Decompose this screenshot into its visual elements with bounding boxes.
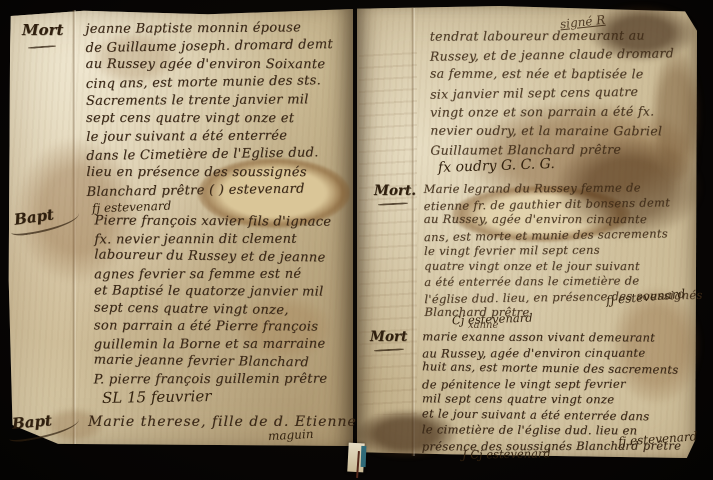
register-scan: Mort jeanne Baptiste monnin épousede Gui… — [0, 0, 713, 480]
manuscript-line: et le jour suivant a été enterrée dans — [422, 406, 682, 425]
manuscript-line: sa femme, est née et baptisée le — [430, 64, 674, 84]
manuscript-line: quatre vingt onze et le jour suivant — [424, 258, 702, 274]
manuscript-line: de pénitence le vingt sept fevrier — [422, 376, 682, 392]
date-note: SL 15 feuvrier — [102, 387, 212, 407]
bookmark-ribbon — [361, 446, 367, 467]
manuscript-line: au Russey, agée d'environ cinquante — [424, 212, 702, 228]
ink-showthrough — [359, 45, 417, 415]
manuscript-line: laboureur du Russey et de jeanne — [94, 246, 331, 267]
manuscript-line: Sacrements le trente janvier mil — [86, 91, 334, 111]
left-page-fold-crease — [72, 10, 76, 444]
manuscript-line: au Russey agée d'environ Soixante — [86, 56, 333, 74]
signature: maguin — [268, 427, 314, 443]
manuscript-line: Pierre françois xavier fils d'ignace — [94, 212, 331, 231]
manuscript-line: agnes fevrier sa femme est né — [94, 265, 331, 283]
margin-label-mort: Mort — [22, 21, 63, 39]
manuscript-line: Marie therese, fille de d. Etienne — [88, 413, 357, 431]
manuscript-line: tendrat laboureur demeurant au — [430, 25, 674, 45]
manuscript-line: et Baptisé le quatorze janvier mil — [94, 282, 331, 301]
entry-text: jeanne Baptiste monnin épousede Guillaum… — [85, 19, 334, 201]
manuscript-line: sept cens quatre vingt onze, — [94, 299, 331, 320]
manuscript-line: guillemin la Borne et sa marraine — [94, 335, 331, 353]
manuscript-line: dans le Cimetière de l'Eglise dud. — [86, 144, 334, 166]
manuscript-line: marie exanne asson vivant demeurant — [422, 329, 682, 346]
manuscript-line: Russey, et de jeanne claude dromard — [430, 43, 674, 65]
entry-text: tendrat laboureur demeurant auRussey, et… — [430, 25, 675, 159]
manuscript-line: huit ans, est morte munie des sacrements — [422, 359, 682, 378]
manuscript-line: nevier oudry, et la maraine Gabriel — [430, 121, 674, 141]
manuscript-line: de Guillaume joseph. dromard demt — [85, 36, 333, 58]
margin-label-mort: Mort — [370, 329, 407, 345]
entry-text: Marie therese, fille de d. Etienne — [88, 413, 357, 431]
manuscript-line: mil sept cens quatre vingt onze — [422, 391, 682, 408]
manuscript-line: P. pierre françois guillemin prêtre — [94, 370, 331, 388]
manuscript-line: sept cens quatre vingt onze et — [86, 110, 333, 128]
manuscript-line: Blanchard prêtre ( ) estevenard — [86, 180, 334, 202]
manuscript-line: marie jeanne fevrier Blanchard — [94, 351, 331, 372]
margin-label-mort: Mort. — [374, 183, 416, 199]
signature: J Cj estevenard — [462, 446, 551, 462]
manuscript-line: fx. nevier jeannin dit clement — [94, 230, 331, 248]
entry-text: Pierre françois xavier fils d'ignacefx. … — [94, 212, 332, 388]
manuscript-line: lieu en présence des soussignés — [86, 164, 333, 182]
manuscript-line: vingt onze et son parrain a été fx. — [430, 101, 674, 121]
manuscript-line: six janvier mil sept cens quatre — [430, 81, 674, 103]
manuscript-line: son parrain a été Pierre françois — [94, 317, 331, 336]
